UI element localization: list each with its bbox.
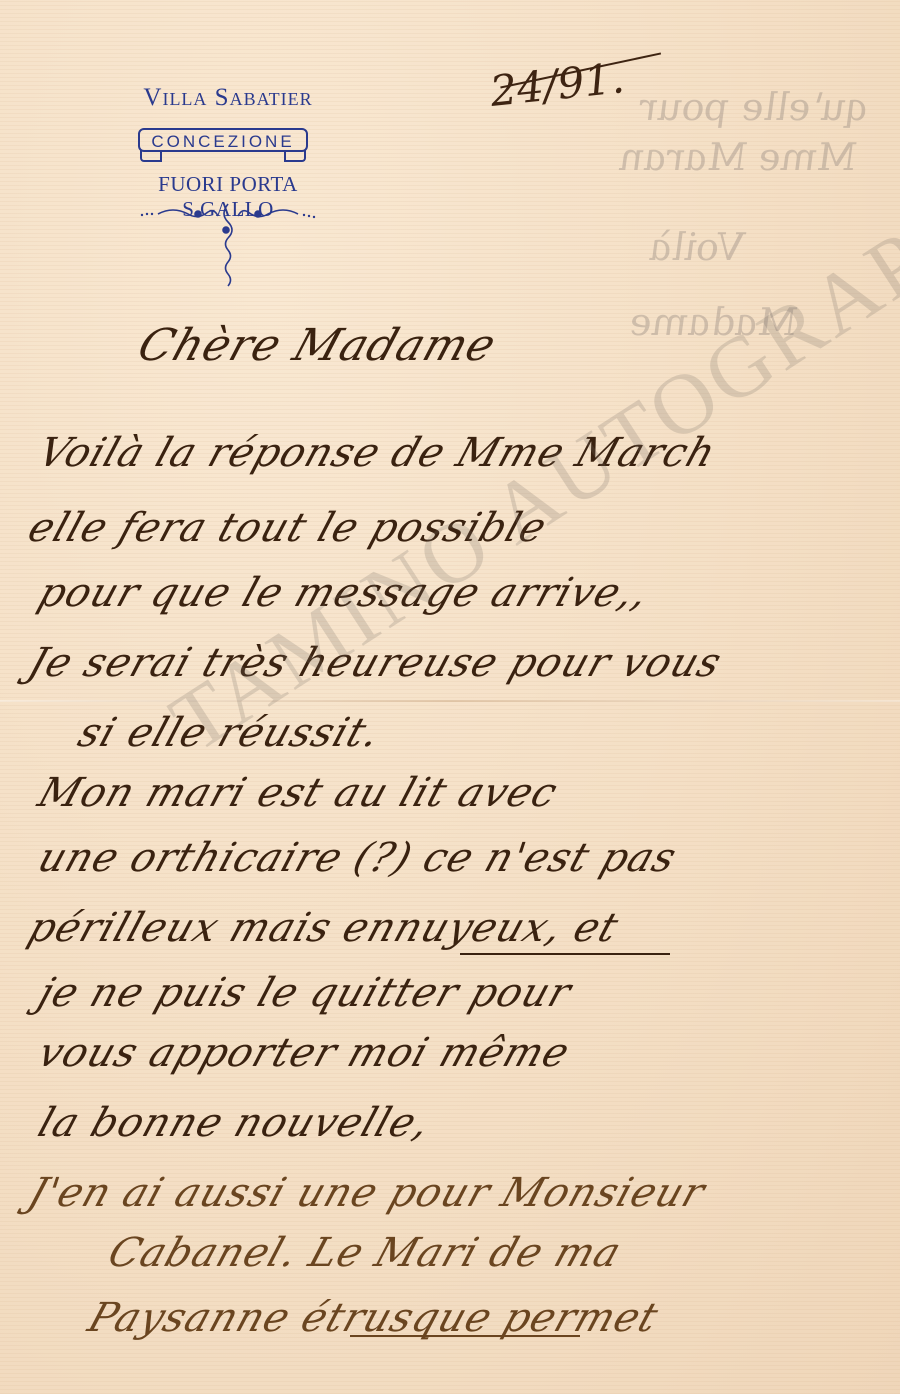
paper-fold-line — [0, 700, 900, 702]
letter-line: Je serai très heureuse pour vous — [23, 640, 728, 686]
letterhead-banner: CONCEZIONE — [138, 128, 308, 152]
letter-line: une orthicaire (?) ce n'est pas — [33, 835, 683, 881]
salutation: Chère Madame — [132, 320, 503, 371]
letter-line: pour que le message arrive,, — [33, 570, 655, 616]
letter-line: Mon mari est au lit avec — [33, 770, 564, 816]
letter-line: vous apporter moi même — [33, 1030, 576, 1076]
underline-etrusque — [350, 1335, 580, 1337]
letter-line: J'en ai aussi une pour Monsieur — [23, 1170, 712, 1216]
letter-line: elle fera tout le possible — [23, 505, 553, 551]
letter-line: Voilà la réponse de Mme March — [33, 430, 722, 476]
letter-line: Cabanel. Le Mari de ma — [103, 1230, 628, 1276]
bleed-through-text: qu'elle pour — [633, 85, 878, 129]
underline-ennuyeux — [460, 953, 670, 955]
letter-line: si elle réussit. — [73, 710, 387, 756]
scroll-ornament-icon — [138, 200, 318, 290]
letter-line: je ne puis le quitter pour — [33, 970, 578, 1016]
letter-line: périlleux mais ennuyeux, et — [23, 905, 625, 951]
bleed-through-text: Voilà — [643, 225, 751, 269]
letterhead-name: Villa Sabatier — [118, 84, 338, 112]
bleed-through-text: Madame — [623, 300, 804, 344]
letter-line: la bonne nouvelle, — [33, 1100, 437, 1146]
bleed-through-text: Mme Maran — [613, 135, 864, 179]
